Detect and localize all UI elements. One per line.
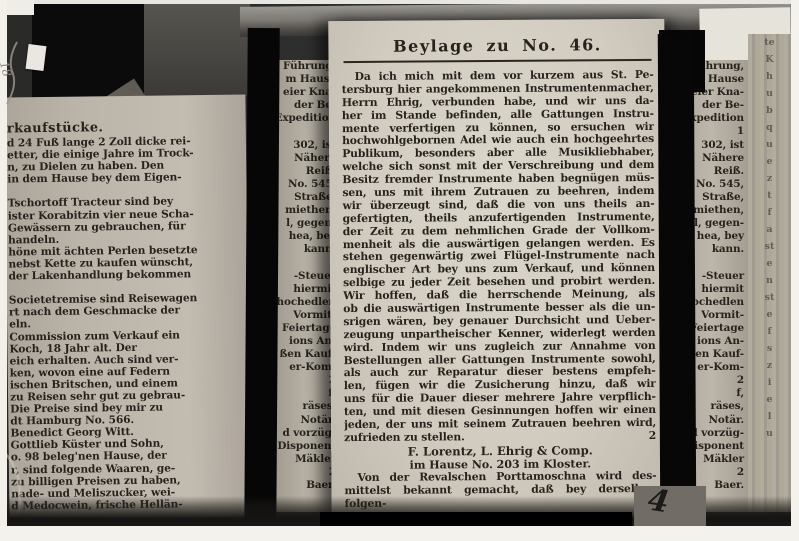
body-last-line-text: zufrieden zu stellen. <box>344 431 465 445</box>
paper-tab <box>26 44 47 71</box>
fore-edge-letter: e <box>748 153 791 170</box>
bottom-black-strip <box>320 512 632 526</box>
fore-edge-letter: q <box>748 119 791 136</box>
photo-border-right <box>791 0 799 541</box>
fore-edge-letter: st <box>748 289 791 306</box>
fore-edge-letter: h <box>748 68 791 85</box>
fore-edge-letter: u <box>748 136 791 153</box>
fore-edge-letter: st <box>748 238 791 255</box>
fore-edge-letter: i <box>748 374 791 391</box>
fore-edge-letter: z <box>748 170 791 187</box>
book-edge-block <box>144 4 250 96</box>
fore-edge-letter: f <box>748 323 791 340</box>
fore-edge-letter: e <box>748 391 791 408</box>
photograph: 18 rkaufstücke. d 24 Fuß lange 2 Zoll di… <box>0 0 799 541</box>
fore-edge-letter: te <box>748 34 791 51</box>
page-number-mark: 2 <box>649 430 656 443</box>
fore-edge-letter: u <box>748 425 791 442</box>
fore-edge-letter: l <box>748 408 791 425</box>
fore-edge-letter: s <box>748 340 791 357</box>
handwriting-squiggle-icon <box>3 38 23 108</box>
fore-edge: teKhubqueztfastenstefszielu <box>748 34 791 512</box>
fore-edge-letter: e <box>748 306 791 323</box>
fore-edge-letter: n <box>748 272 791 289</box>
fore-edge-letter: a <box>748 221 791 238</box>
fore-edge-letter: b <box>748 102 791 119</box>
fore-edge-letter: z <box>748 357 791 374</box>
body-text: Da ich mich mit dem vor kurzem aus St. P… <box>342 69 657 432</box>
fore-edge-letter: K <box>748 51 791 68</box>
page-header: Beylage zu No. 46. <box>341 35 653 59</box>
photo-border-top <box>0 0 799 4</box>
supplement-page: Beylage zu No. 46. Da ich mich mit dem v… <box>328 19 667 523</box>
black-bar-right <box>658 34 697 512</box>
fore-edge-letter: t <box>748 187 791 204</box>
photo-border-bottom <box>0 526 799 541</box>
black-bar-left <box>244 28 280 532</box>
fore-edge-letter: f <box>748 204 791 221</box>
header-rule <box>344 59 652 63</box>
fore-edge-letter: u <box>748 85 791 102</box>
fore-edge-letter: e <box>748 255 791 272</box>
